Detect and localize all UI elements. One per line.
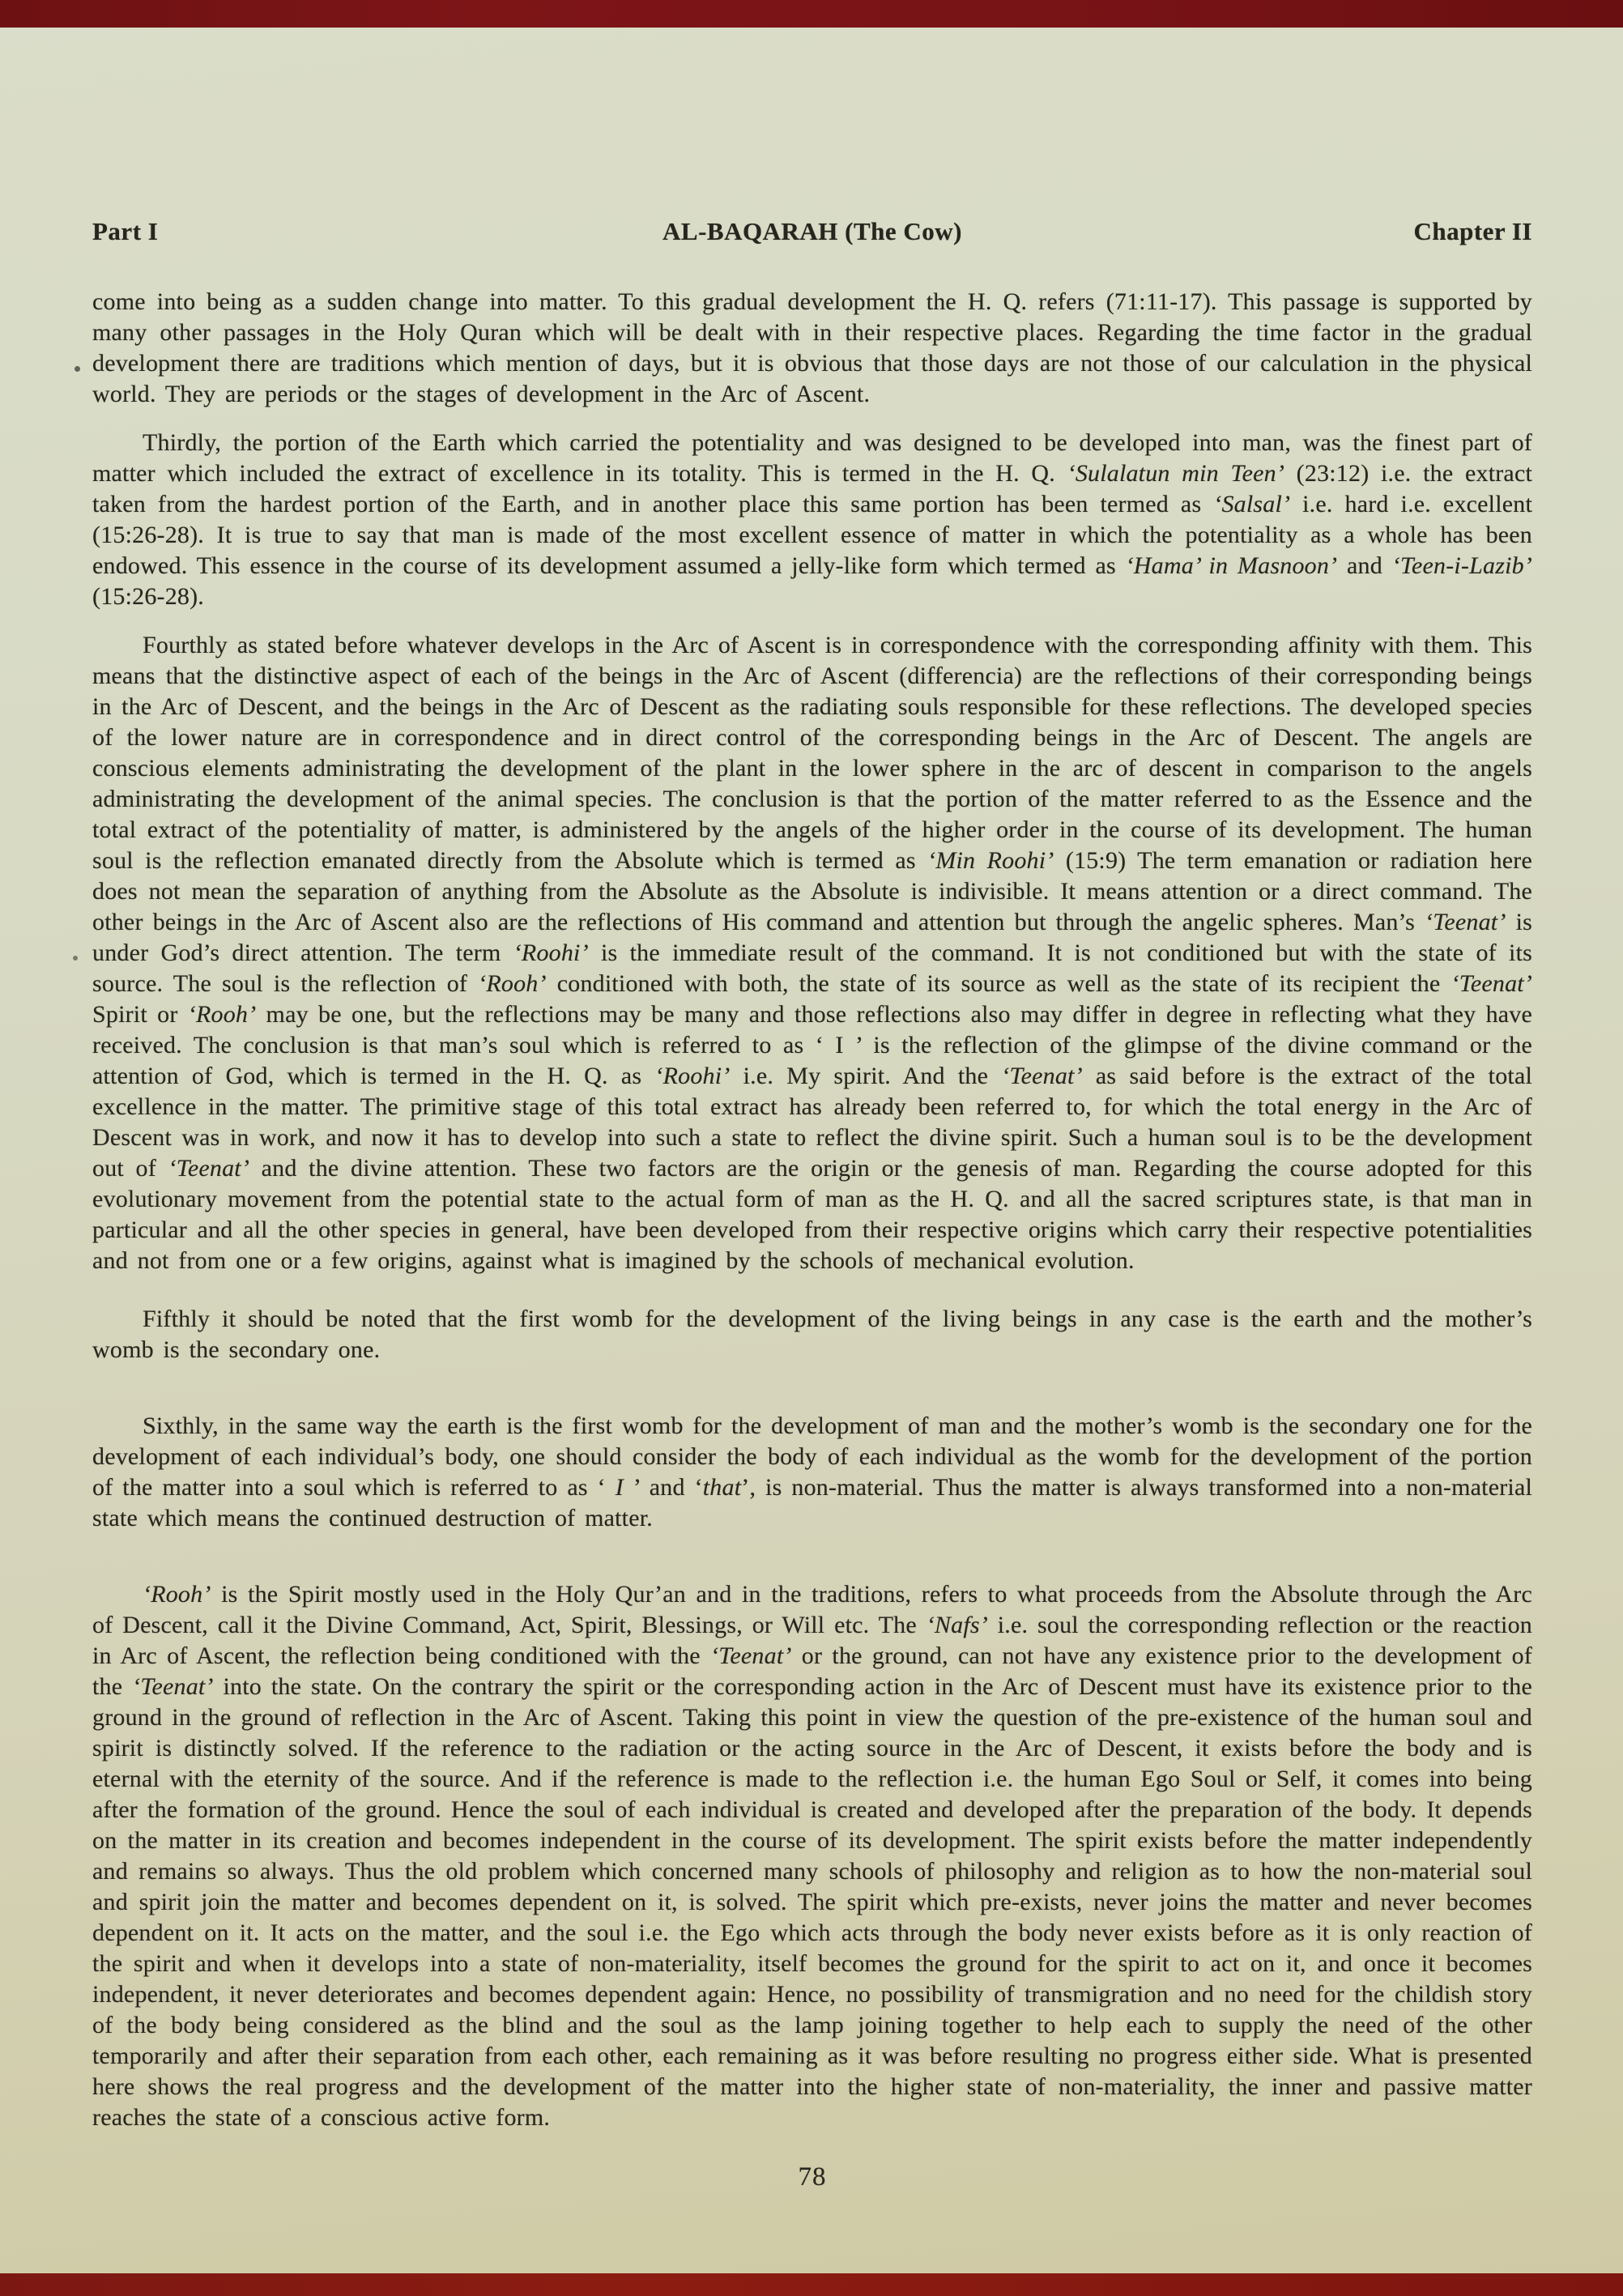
page-title: AL-BAQARAH (The Cow) <box>287 217 1338 246</box>
paragraph: come into being as a sudden change into … <box>92 287 1532 410</box>
italic-term: ‘Salsal’ <box>1213 491 1290 518</box>
italic-term: ‘Teenat’ <box>710 1642 791 1669</box>
italic-term: ‘Teenat’ <box>1451 970 1532 997</box>
italic-term: ‘Rooh’ <box>478 970 547 997</box>
scan-edge-band-bottom <box>0 2273 1623 2296</box>
header-part-label: Part I <box>92 217 287 246</box>
italic-term: ‘Teenat’ <box>132 1673 213 1700</box>
italic-term: ‘Teenat’ <box>1001 1063 1082 1089</box>
italic-term: that <box>703 1474 741 1501</box>
text-run: ’ and ‘ <box>624 1474 703 1501</box>
paragraph: Sixthly, in the same way the earth is th… <box>92 1411 1532 1534</box>
italic-term: ‘Sulalatun min Teen’ <box>1067 460 1284 487</box>
body-text: come into being as a sudden change into … <box>92 287 1532 2133</box>
paragraph: Thirdly, the portion of the Earth which … <box>92 428 1532 612</box>
text-run: i.e. My spirit. And the <box>730 1063 1001 1089</box>
text-run: come into being as a sudden change into … <box>92 288 1532 407</box>
paragraph: Fifthly it should be noted that the firs… <box>92 1304 1532 1365</box>
italic-term: ‘Rooh’ <box>143 1581 211 1608</box>
italic-term: ‘Hama’ in Masnoon’ <box>1126 552 1338 579</box>
text-run: into the state. On the contrary the spir… <box>92 1673 1532 2131</box>
scan-edge-band-top <box>0 0 1623 28</box>
ink-speck <box>75 366 80 372</box>
italic-term: ‘Roohi’ <box>513 939 589 966</box>
text-run: conditioned with both, the state of its … <box>547 970 1451 997</box>
ink-speck <box>73 956 78 961</box>
page-content: Part I AL-BAQARAH (The Cow) Chapter II c… <box>92 217 1532 2192</box>
paragraph: Fourthly as stated before whatever devel… <box>92 630 1532 1276</box>
italic-term: ‘Roohi’ <box>654 1063 730 1089</box>
page-number: 78 <box>92 2162 1532 2192</box>
text-run: Fourthly as stated before whatever devel… <box>92 632 1532 874</box>
header-chapter-label: Chapter II <box>1338 217 1532 246</box>
paragraph: ‘Rooh’ is the Spirit mostly used in the … <box>92 1579 1532 2133</box>
text-run: (15:26-28). <box>92 583 204 610</box>
text-run: Fifthly it should be noted that the firs… <box>92 1306 1532 1363</box>
italic-term: ‘Rooh’ <box>188 1001 257 1028</box>
text-run: Spirit or <box>92 1001 188 1028</box>
page-header: Part I AL-BAQARAH (The Cow) Chapter II <box>92 217 1532 246</box>
italic-term: ‘Teenat’ <box>168 1155 249 1182</box>
italic-term: ‘Teen-i-Lazib’ <box>1392 552 1532 579</box>
italic-term: ‘Teenat’ <box>1425 909 1506 935</box>
text-run: and <box>1337 552 1391 579</box>
italic-term: ‘Nafs’ <box>927 1612 988 1638</box>
book-page-scan: Part I AL-BAQARAH (The Cow) Chapter II c… <box>0 0 1623 2296</box>
italic-term: ‘Min Roohi’ <box>927 847 1054 874</box>
text-run: and the divine attention. These two fact… <box>92 1155 1532 1274</box>
italic-term: I <box>616 1474 624 1501</box>
